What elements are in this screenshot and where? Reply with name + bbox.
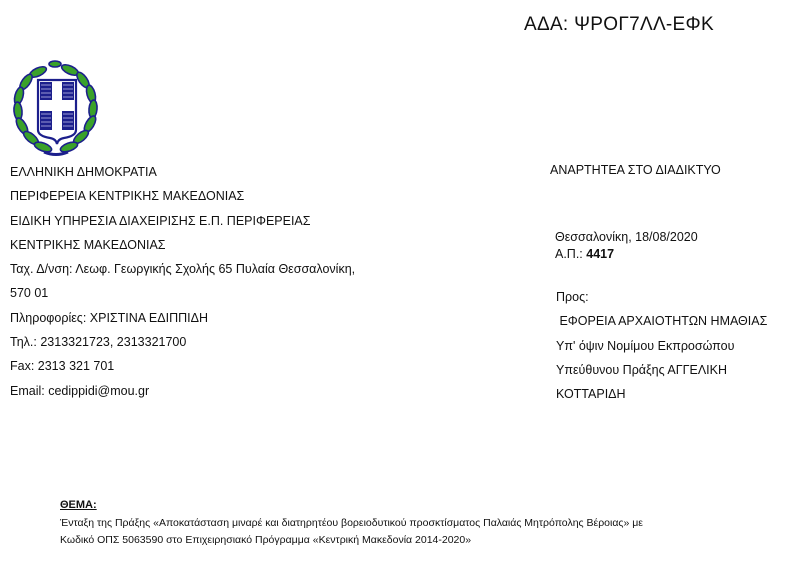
sender-fax: Fax: 2313 321 701 — [10, 354, 355, 378]
protocol-number: Α.Π.: 4417 — [555, 246, 698, 263]
sender-contact-person: Πληροφορίες: ΧΡΙΣΤΙΝΑ ΕΔΙΠΠΙΔΗ — [10, 306, 355, 330]
date-protocol-block: Θεσσαλονίκη, 18/08/2020 Α.Π.: 4417 — [555, 229, 698, 263]
sender-block: ΕΛΛΗΝΙΚΗ ΔΗΜΟΚΡΑΤΙΑ ΠΕΡΙΦΕΡΕΙΑ ΚΕΝΤΡΙΚΗΣ… — [10, 160, 355, 403]
recipient-block: Προς: ΕΦΟΡΕΙΑ ΑΡΧΑΙΟΤΗΤΩΝ ΗΜΑΘΙΑΣ Υπ' όψ… — [556, 285, 767, 406]
subject-block: ΘΕΜΑ: Ένταξη της Πράξης «Αποκατάσταση μι… — [60, 497, 643, 550]
sender-phone: Τηλ.: 2313321723, 2313321700 — [10, 330, 355, 354]
subject-line-2: Κωδικό ΟΠΣ 5063590 στο Επιχειρησιακό Πρό… — [60, 532, 643, 550]
recipient-label: Προς: — [556, 285, 767, 309]
sender-country: ΕΛΛΗΝΙΚΗ ΔΗΜΟΚΡΑΤΙΑ — [10, 160, 355, 184]
sender-address: Ταχ. Δ/νση: Λεωφ. Γεωργικής Σχολής 65 Πυ… — [10, 257, 355, 281]
publish-notice: ΑΝΑΡΤΗΤΕΑ ΣΤΟ ΔΙΑΔΙΚΤΥΟ — [550, 160, 721, 180]
protocol-value: 4417 — [586, 247, 614, 261]
ada-code: ΑΔΑ: ΨΡΟΓ7ΛΛ-ΕΦΚ — [524, 14, 714, 36]
recipient-attention: Υπ' όψιν Νομίμου Εκπροσώπου — [556, 334, 767, 358]
protocol-label: Α.Π.: — [555, 247, 586, 261]
subject-line-1: Ένταξη της Πράξης «Αποκατάσταση μιναρέ κ… — [60, 515, 643, 533]
recipient-responsible: Υπεύθυνου Πράξης ΑΓΓΕΛΙΚΗ — [556, 358, 767, 382]
subject-label: ΘΕΜΑ: — [60, 497, 643, 515]
sender-service-cont: ΚΕΝΤΡΙΚΗΣ ΜΑΚΕΔΟΝΙΑΣ — [10, 233, 355, 257]
sender-email: Email: cedippidi@mou.gr — [10, 379, 355, 403]
recipient-organization: ΕΦΟΡΕΙΑ ΑΡΧΑΙΟΤΗΤΩΝ ΗΜΑΘΙΑΣ — [556, 309, 767, 333]
sender-service: ΕΙΔΙΚΗ ΥΠΗΡΕΣΙΑ ΔΙΑΧΕΙΡΙΣΗΣ Ε.Π. ΠΕΡΙΦΕΡ… — [10, 209, 355, 233]
recipient-name: ΚΟΤΤΑΡΙΔΗ — [556, 382, 767, 406]
sender-region: ΠΕΡΙΦΕΡΕΙΑ ΚΕΝΤΡΙΚΗΣ ΜΑΚΕΔΟΝΙΑΣ — [10, 184, 355, 208]
greek-coat-of-arms-icon — [8, 58, 104, 158]
sender-postcode: 570 01 — [10, 281, 355, 305]
date-line: Θεσσαλονίκη, 18/08/2020 — [555, 229, 698, 246]
